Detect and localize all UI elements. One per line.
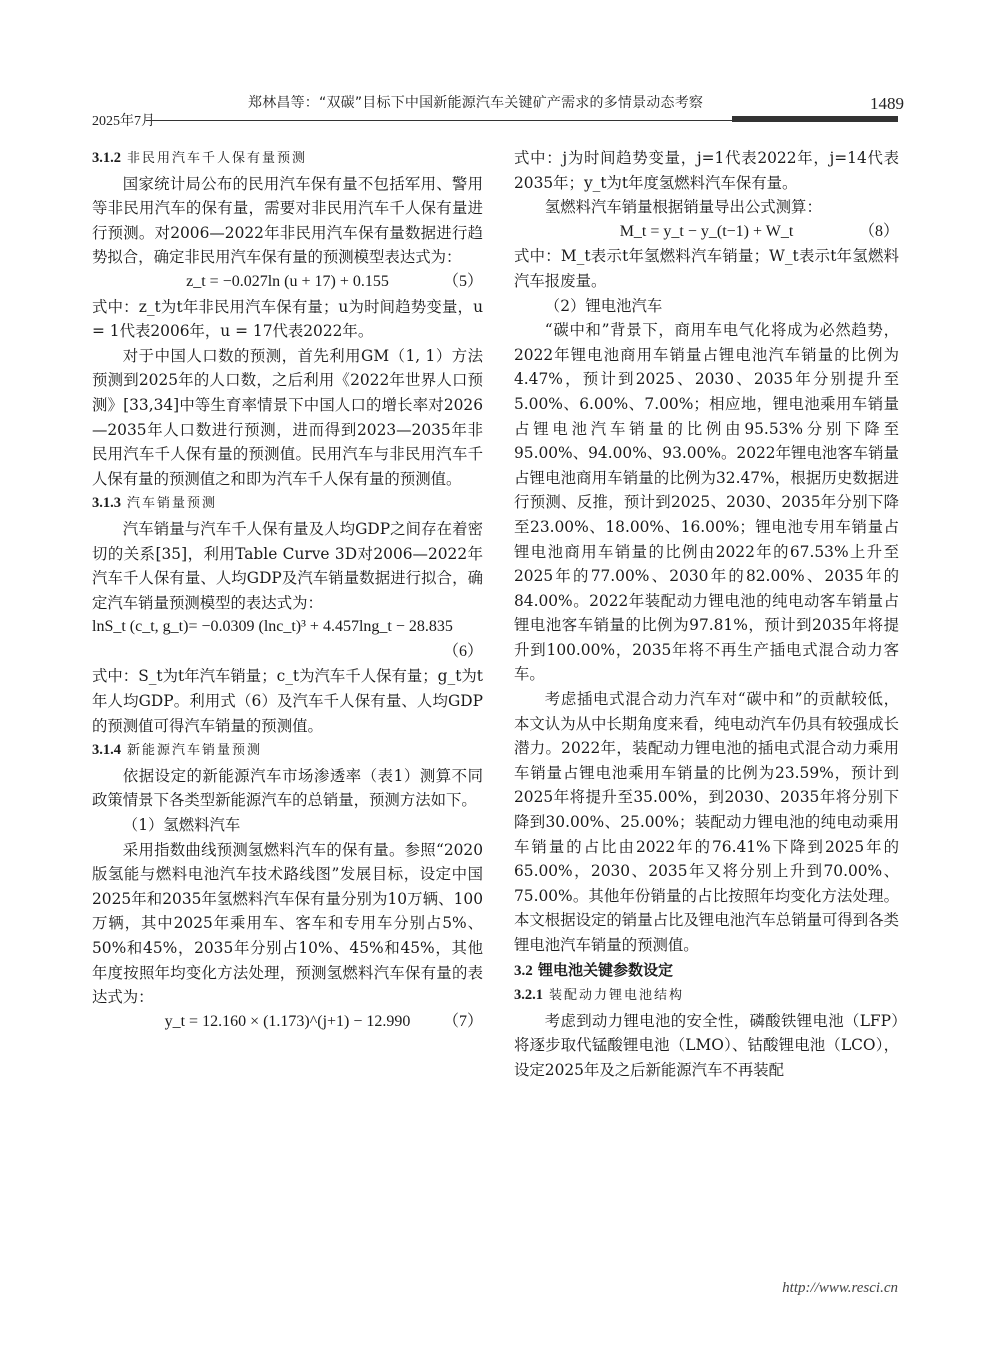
page-number: 1489 <box>870 94 904 114</box>
equation-body: lnS_t (c_t, g_t)= −0.0309 (lnc_t)³ + 4.4… <box>92 615 453 640</box>
subheading-hydrogen: （1）氢燃料汽车 <box>92 813 483 838</box>
section-title: 锂电池关键参数设定 <box>538 961 673 979</box>
equation-number: （6） <box>92 640 483 665</box>
equation-body: y_t = 12.160 × (1.173)^(j+1) − 12.990 <box>165 1010 411 1035</box>
paragraph: 式中：S_t为t年汽车销量；c_t为汽车千人保有量；g_t为t年人均GDP。利用… <box>92 664 483 738</box>
section-heading-3-1-2: 3.1.2非民用汽车千人保有量预测 <box>92 146 483 172</box>
section-number: 3.1.2 <box>92 150 121 166</box>
equation-number: （5） <box>443 270 483 295</box>
paragraph: 式中：z_t为t年非民用汽车保有量；u为时间趋势变量，u = 1代表2006年，… <box>92 295 483 344</box>
section-heading-3-2: 3.2 锂电池关键参数设定 <box>514 958 899 984</box>
section-title: 装配动力锂电池结构 <box>549 988 684 1003</box>
section-number: 3.2 <box>514 963 533 979</box>
journal-url[interactable]: http://www.resci.cn <box>782 1280 898 1297</box>
section-heading-3-2-1: 3.2.1装配动力锂电池结构 <box>514 983 899 1009</box>
paragraph: 国家统计局公布的民用汽车保有量不包括军用、警用等非民用汽车的保有量，需要对非民用… <box>92 172 483 270</box>
paragraph: 对于中国人口数的预测，首先利用GM（1, 1）方法预测到2025年的人口数，之后… <box>92 344 483 492</box>
paragraph: “碳中和”背景下，商用车电气化将成为必然趋势，2022年锂电池商用车销量占锂电池… <box>514 318 899 687</box>
section-title: 汽车销量预测 <box>127 496 217 511</box>
paragraph: 考虑插电式混合动力汽车对“碳中和”的贡献较低，本文认为从中长期角度来看，纯电动汽… <box>514 687 899 958</box>
subheading-lithium: （2）锂电池汽车 <box>514 294 899 319</box>
section-number: 3.1.4 <box>92 742 121 758</box>
section-title: 新能源汽车销量预测 <box>127 743 262 758</box>
equation-number: （7） <box>443 1010 483 1035</box>
section-title: 非民用汽车千人保有量预测 <box>127 151 307 166</box>
paragraph: 采用指数曲线预测氢燃料汽车的保有量。参照“2020版氢能与燃料电池汽车技术路线图… <box>92 838 483 1010</box>
equation-8: M_t = y_t − y_(t−1) + W_t （8） <box>514 220 899 245</box>
equation-number: （8） <box>859 220 899 245</box>
equation-body: M_t = y_t − y_(t−1) + W_t <box>620 220 794 245</box>
section-heading-3-1-3: 3.1.3汽车销量预测 <box>92 491 483 517</box>
section-heading-3-1-4: 3.1.4新能源汽车销量预测 <box>92 738 483 764</box>
paragraph: 汽车销量与汽车千人保有量及人均GDP之间存在着密切的关系[35]，利用Table… <box>92 517 483 615</box>
header-rule <box>146 120 732 121</box>
header-accent-bar <box>732 116 898 122</box>
paragraph: 考虑到动力锂电池的安全性，磷酸铁锂电池（LFP）将逐步取代锰酸锂电池（LMO）、… <box>514 1009 899 1083</box>
equation-7: y_t = 12.160 × (1.173)^(j+1) − 12.990 （7… <box>92 1010 483 1035</box>
right-column: 式中：j为时间趋势变量，j=1代表2022年，j=14代表2035年；y_t为t… <box>514 146 899 1083</box>
equation-body: z_t = −0.027ln (u + 17) + 0.155 <box>186 270 389 295</box>
running-title: 郑林昌等：“双碳”目标下中国新能源汽车关键矿产需求的多情景动态考察 <box>248 92 703 112</box>
paragraph: 式中：j为时间趋势变量，j=1代表2022年，j=14代表2035年；y_t为t… <box>514 146 899 195</box>
section-number: 3.1.3 <box>92 495 121 511</box>
paragraph: 氢燃料汽车销量根据销量导出公式测算： <box>514 195 899 220</box>
section-number: 3.2.1 <box>514 987 543 1003</box>
left-column: 3.1.2非民用汽车千人保有量预测 国家统计局公布的民用汽车保有量不包括军用、警… <box>92 146 483 1034</box>
paragraph: 式中：M_t表示t年氢燃料汽车销量；W_t表示t年氢燃料汽车报废量。 <box>514 244 899 293</box>
paragraph: 依据设定的新能源汽车市场渗透率（表1）测算不同政策情景下各类型新能源汽车的总销量… <box>92 764 483 813</box>
equation-6: lnS_t (c_t, g_t)= −0.0309 (lnc_t)³ + 4.4… <box>92 615 483 640</box>
equation-5: z_t = −0.027ln (u + 17) + 0.155 （5） <box>92 270 483 295</box>
